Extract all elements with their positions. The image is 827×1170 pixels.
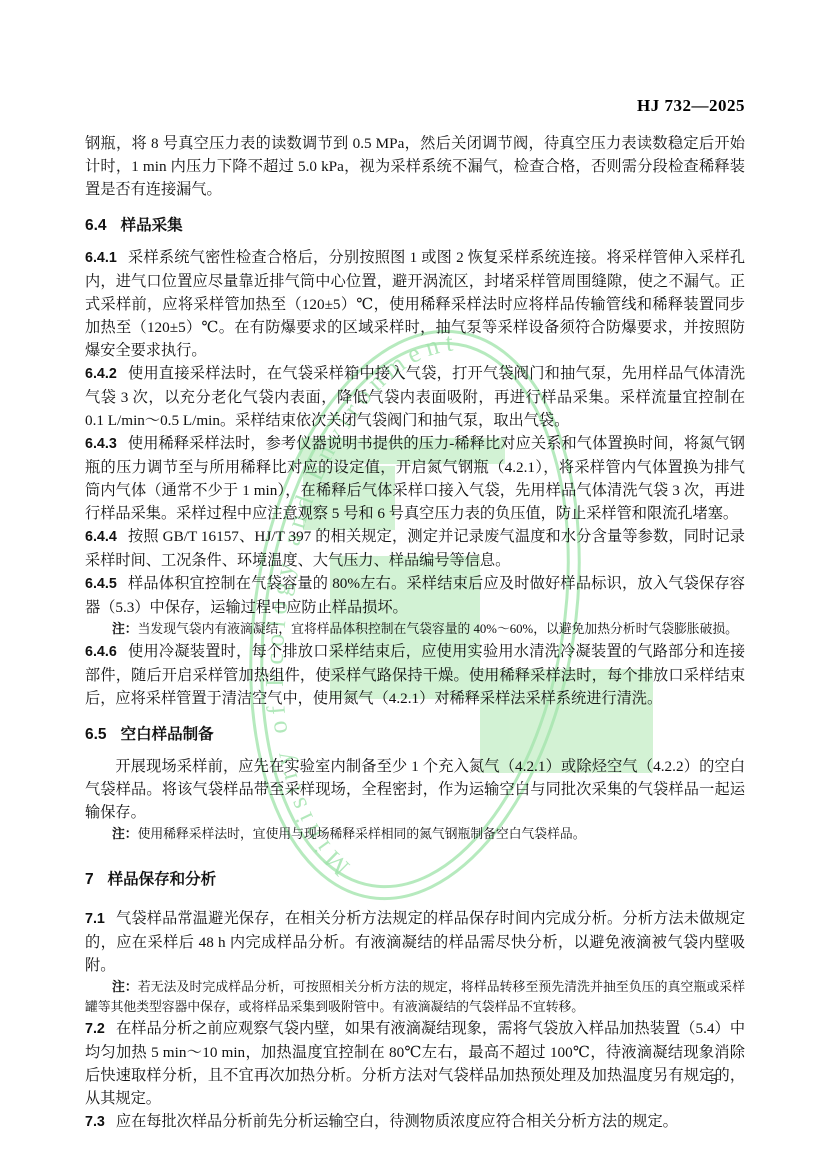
clause-number: 6.4.6	[85, 644, 117, 660]
note-6-4-5: 注：当发现气袋内有液滴凝结，宜将样品体积控制在气袋容量的 40%～60%，以避免…	[85, 619, 745, 640]
section-number: 7	[85, 871, 94, 888]
clause-text: 使用稀释采样法时，参考仪器说明书提供的压力-稀释比对应关系和气体置换时间，将氮气…	[85, 435, 745, 522]
doc-code: HJ 732—2025	[637, 96, 745, 116]
clause-6-4-3: 6.4.3使用稀释采样法时，参考仪器说明书提供的压力-稀释比对应关系和气体置换时…	[85, 432, 745, 525]
clause-number: 6.4.2	[85, 366, 117, 382]
clause-6-4-2: 6.4.2使用直接采样法时，在气袋采样箱中接入气袋，打开气袋阀门和抽气泵，先用样…	[85, 362, 745, 432]
note-label: 注：	[112, 621, 138, 636]
clause-7-3: 7.3应在每批次样品分析前先分析运输空白，待测物质浓度应符合相关分析方法的规定。	[85, 1110, 745, 1134]
clause-text: 样品体积宜控制在气袋容量的 80%左右。采样结束后应及时做好样品标识，放入气袋保…	[85, 575, 745, 616]
clause-number: 6.4.3	[85, 436, 117, 452]
clause-6-4-5: 6.4.5样品体积宜控制在气袋容量的 80%左右。采样结束后应及时做好样品标识，…	[85, 572, 745, 619]
clause-6-4-6: 6.4.6使用冷凝装置时，每个排放口采样结束后，应使用实验用水清洗冷凝装置的气路…	[85, 640, 745, 710]
section-heading-7: 7样品保存和分析	[85, 868, 745, 891]
note-label: 注：	[112, 826, 138, 841]
clause-number: 6.4.5	[85, 576, 117, 592]
section-title: 空白样品制备	[121, 726, 214, 743]
clause-text: 使用直接采样法时，在气袋采样箱中接入气袋，打开气袋阀门和抽气泵，先用样品气体清洗…	[85, 365, 745, 429]
section-number: 6.5	[85, 726, 107, 743]
clause-6-4-1: 6.4.1采样系统气密性检查合格后，分别按照图 1 或图 2 恢复采样系统连接。…	[85, 246, 745, 362]
note-6-5: 注：使用稀释采样法时，宜使用与现场稀释采样相同的氮气钢瓶制备空白气袋样品。	[85, 824, 745, 845]
note-text: 当发现气袋内有液滴凝结，宜将样品体积控制在气袋容量的 40%～60%，以避免加热…	[138, 622, 738, 636]
document-page: Ministry of Ecology and Environment HJ 7…	[0, 0, 827, 1170]
clause-number: 7.2	[85, 1021, 105, 1037]
clause-text: 气袋样品常温避光保存，在相关分析方法规定的样品保存时间内完成分析。分析方法未做规…	[85, 910, 745, 974]
paragraph-6-5: 开展现场采样前，应先在实验室内制备至少 1 个充入氮气（4.2.1）或除烃空气（…	[85, 755, 745, 824]
clause-7-2: 7.2在样品分析之前应观察气袋内壁，如果有液滴凝结现象，需将气袋放入样品加热装置…	[85, 1017, 745, 1110]
clause-text: 在样品分析之前应观察气袋内壁，如果有液滴凝结现象，需将气袋放入样品加热装置（5.…	[85, 1020, 745, 1107]
clause-6-4-4: 6.4.4按照 GB/T 16157、HJ/T 397 的相关规定，测定并记录废…	[85, 525, 745, 572]
clause-7-1: 7.1气袋样品常温避光保存，在相关分析方法规定的样品保存时间内完成分析。分析方法…	[85, 907, 745, 977]
note-text: 若无法及时完成样品分析，可按照相关分析方法的规定，将样品转移至预先清洗并抽至负压…	[85, 980, 745, 1014]
clause-text: 应在每批次样品分析前先分析运输空白，待测物质浓度应符合相关分析方法的规定。	[116, 1113, 678, 1130]
section-heading-6-4: 6.4样品采集	[85, 214, 745, 237]
clause-text: 使用冷凝装置时，每个排放口采样结束后，应使用实验用水清洗冷凝装置的气路部分和连接…	[85, 643, 745, 707]
clause-number: 7.1	[85, 911, 105, 927]
paragraph-continuation: 钢瓶，将 8 号真空压力表的读数调节到 0.5 MPa，然后关闭调节阀，待真空压…	[85, 132, 745, 201]
clause-text: 采样系统气密性检查合格后，分别按照图 1 或图 2 恢复采样系统连接。将采样管伸…	[85, 249, 745, 359]
note-text: 使用稀释采样法时，宜使用与现场稀释采样相同的氮气钢瓶制备空白气袋样品。	[138, 827, 586, 841]
section-heading-6-5: 6.5空白样品制备	[85, 723, 745, 746]
clause-text: 按照 GB/T 16157、HJ/T 397 的相关规定，测定并记录废气温度和水…	[85, 528, 745, 569]
section-number: 6.4	[85, 217, 107, 234]
section-title: 样品采集	[121, 217, 183, 234]
note-7-1: 注：若无法及时完成样品分析，可按照相关分析方法的规定，将样品转移至预先清洗并抽至…	[85, 977, 745, 1017]
note-label: 注：	[112, 979, 138, 994]
document-body: 钢瓶，将 8 号真空压力表的读数调节到 0.5 MPa，然后关闭调节阀，待真空压…	[85, 132, 745, 1134]
page-number: 5	[710, 1072, 718, 1089]
clause-number: 6.4.1	[85, 250, 117, 266]
clause-number: 6.4.4	[85, 529, 117, 545]
section-title: 样品保存和分析	[108, 871, 217, 888]
clause-number: 7.3	[85, 1114, 105, 1130]
